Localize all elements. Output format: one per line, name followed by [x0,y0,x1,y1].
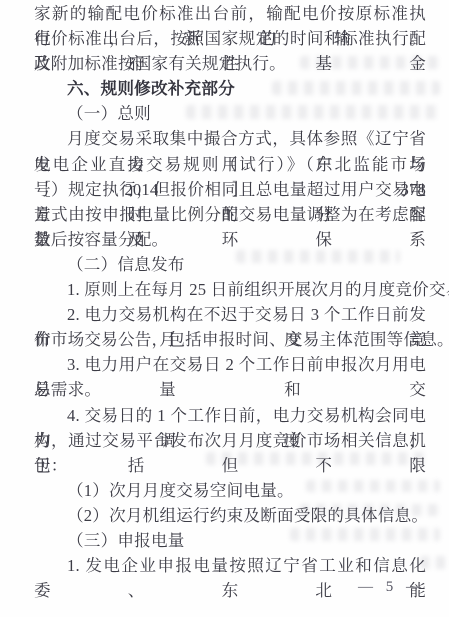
document-page: 家新的输配电价标准出台前，输配电价按原标准执行，新的输配 电价标准出台后，按照国… [0,0,449,617]
list-item: （2）次月机组运行约束及断面受限的具体信息。 [34,503,426,528]
text-line: 价市场交易公告，包括申报时间、交易主体范围等信息。 [34,327,426,352]
text-line: 构，通过交易平台发布次月月度竞价市场相关信息，包括但不限 [34,428,426,453]
subsection-heading: （一）总则 [34,101,426,126]
text-line: 电价标准出台后，按照国家规定的时间和标准执行。政府性基金 [34,26,426,51]
text-line: 号）规定执行，但报价相同且总电量超过用户交易电量时的分配 [34,177,426,202]
subsection-heading: （二）信息发布 [34,252,426,277]
text-line: 发电企业直接交易规则（试行）》（东北监能市场 ［2014］ 378 [34,152,426,177]
subsection-heading: （三）申报电量 [34,528,426,553]
list-item: 2. 电力交易机构在不迟于交易日 3 个工作日前发布月度竞 [34,302,426,327]
list-item: 3. 电力用户在交易日 2 个工作日前申报次月用电总量和交 [34,352,426,377]
section-heading: 六、规则修改补充部分 [34,76,426,101]
document-body: 家新的输配电价标准出台前，输配电价按原标准执行，新的输配 电价标准出台后，按照国… [34,1,426,578]
list-item: 1. 发电企业申报电量按照辽宁省工业和信息化委、东北能 [34,553,426,578]
list-item: （1）次月月度交易空间电量。 [34,478,426,503]
text-line: 方式由按申报电量比例分配交易电量调整为在考虑容量及环保系 [34,202,426,227]
list-item: 4. 交易日的 1 个工作日前，电力交易机构会同电力调度机 [34,403,426,428]
list-item: 1. 原则上在每月 25 日前组织开展次月的月度竞价交易。 [34,277,426,302]
text-line: 家新的输配电价标准出台前，输配电价按原标准执行，新的输配 [34,1,426,26]
page-number: — 5 — [358,577,422,597]
text-line: 月度交易采取集中撮合方式，具体参照《辽宁省电力用户与 [34,126,426,151]
